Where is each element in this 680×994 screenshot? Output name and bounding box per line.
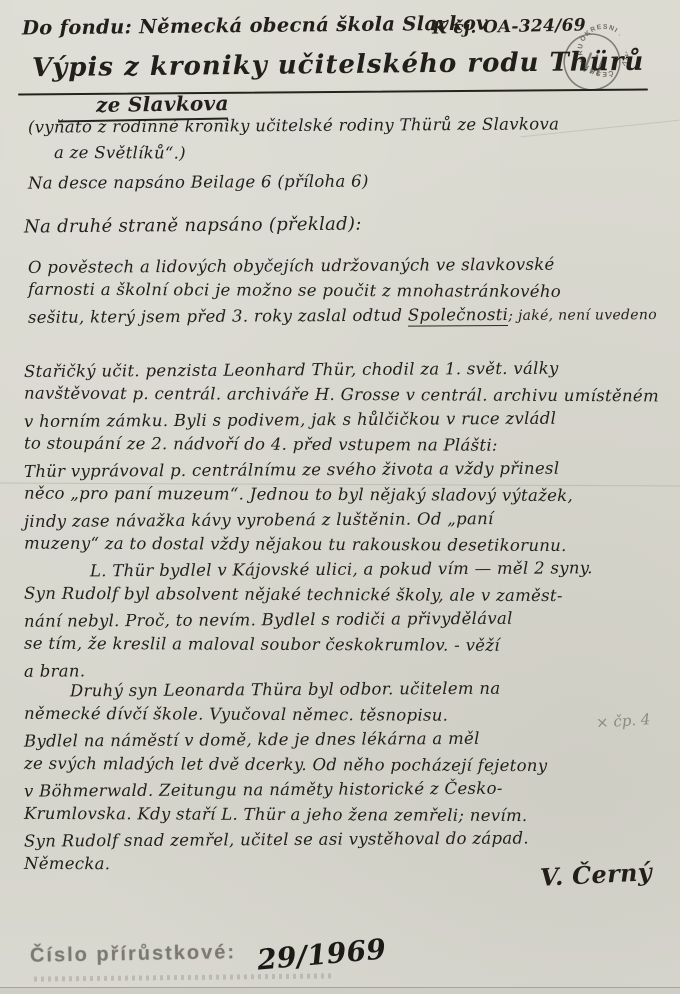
paragraph-kajovska-street: L. Thür bydlel v Kájovské ulici, a pokud… [24, 560, 593, 685]
text-segment: ; jaké, není uvedeno [508, 307, 657, 324]
paragraph-legends: O pověstech a lidových obyčejích udržova… [28, 256, 657, 331]
text-line: Krumlovska. Kdy staří L. Thür a jeho žen… [24, 804, 547, 831]
text-line: farnosti a školní obci je možno se pouči… [28, 280, 657, 308]
text-line: v Böhmerwald. Zeitungu na náměty histori… [24, 778, 548, 806]
accession-stamp-label: Číslo přírůstkové: [30, 941, 236, 968]
intro-line: a ze Světlíků“.) [28, 143, 559, 173]
text-line: Syn Rudolf snad zemřel, učitel se asi vy… [24, 828, 548, 856]
text-segment: sešitu, který jsem před 3. roky zaslal o… [28, 306, 408, 327]
underlined-word: Společnosti [408, 305, 508, 327]
text-line: Stařičký učit. penzista Leonhard Thür, c… [24, 358, 659, 387]
text-line: něco „pro paní muzeum“. Jednou to byl ně… [24, 484, 659, 512]
document-title-line2: ze Slavkova [96, 91, 229, 117]
scanned-document-page: Do fondu: Německá obecná škola Slavkov K… [0, 0, 680, 994]
fond-header-line: Do fondu: Německá obecná škola Slavkov [22, 12, 488, 40]
text-line: v horním zámku. Byli s podivem, jak s hů… [24, 408, 659, 437]
translation-heading: Na druhé straně napsáno (překlad): [24, 214, 362, 238]
faint-stamp-residue [34, 973, 334, 981]
text-line: nání nebyl. Proč, to nevím. Bydlel s rod… [24, 608, 593, 636]
text-line: se tím, že kreslil a maloval soubor česk… [24, 634, 593, 661]
text-line: to stoupání ze 2. nádvoří do 4. před vst… [24, 434, 659, 462]
intro-line: (vyňato z rodinné kroniky učitelské rodi… [28, 114, 559, 145]
document-title-line1: Výpis z kroniky učitelského rodu Thürů [32, 47, 645, 83]
paragraph-leonhard-thur: Stařičký učit. penzista Leonhard Thür, c… [24, 360, 659, 560]
intro-line: Na desce napsáno Beilage 6 (příloha 6) [28, 170, 559, 201]
accession-number-handwritten: 29/1969 [256, 932, 388, 976]
page-bottom-edge [0, 987, 680, 994]
text-line: O pověstech a lidových obyčejích udržova… [28, 254, 657, 283]
text-line: Syn Rudolf byl absolvent nějaké technick… [24, 584, 593, 611]
text-line: muzeny“ za to dostal vždy nějakou tu rak… [24, 534, 659, 562]
text-line: jindy zase návažka kávy vyrobená z luště… [24, 508, 659, 537]
text-line: L. Thür bydlel v Kájovské ulici, a pokud… [24, 558, 593, 586]
text-line: sešitu, který jsem před 3. roky zaslal o… [28, 304, 657, 333]
text-line: Druhý syn Leonarda Thüra byl odbor. učit… [24, 678, 548, 706]
text-line: Bydlel na náměstí v domě, kde je dnes lé… [24, 728, 548, 756]
pencil-margin-note: × čp. 4 [595, 710, 651, 732]
text-line: německé dívčí škole. Vyučoval němec. těs… [24, 704, 547, 731]
accession-stamp-row: Číslo přírůstkové: 29/1969 [30, 938, 386, 971]
paragraph-second-son: Druhý syn Leonarda Thüra byl odbor. učit… [24, 680, 547, 880]
text-line: Německa. [24, 854, 547, 881]
signature: V. Černý [539, 857, 652, 892]
text-line: ze svých mladých let dvě dcerky. Od něho… [24, 754, 547, 781]
text-line: navštěvovat p. centrál. archiváře H. Gro… [24, 384, 659, 412]
intro-note: (vyňato z rodinné kroniky učitelské rodi… [28, 116, 559, 200]
